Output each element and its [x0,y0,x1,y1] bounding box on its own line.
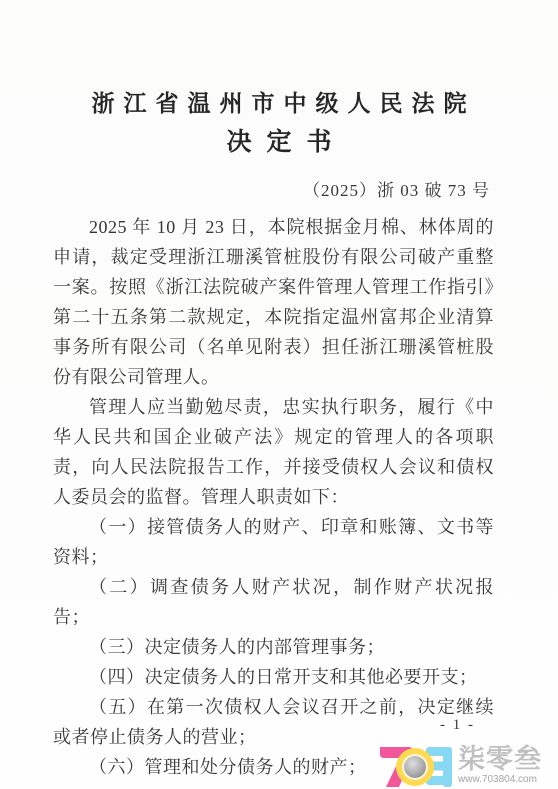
watermark-703804: 柒零叁 www.703804.com [376,742,542,789]
watermark-text-block: 柒零叁 www.703804.com [458,746,542,785]
document-header: 浙江省温州市中级人民法院 决定书 [0,88,558,160]
duty-item-4: （四）决定债务人的日常开支和其他必要开支； [53,662,494,692]
paragraph-administrator-duty-intro: 管理人应当勤勉尽责，忠实执行职务，履行《中华人民共和国企业破产法》规定的管理人的… [53,392,494,512]
watermark-site-name: 柒零叁 [458,746,542,773]
duty-item-1: （一）接管债务人的财产、印章和账簿、文书等资料； [53,512,494,572]
duty-item-2: （二）调查债务人财产状况，制作财产状况报告； [53,572,494,632]
document-type-title: 决定书 [0,125,558,160]
watermark-site-url: www.703804.com [458,775,542,785]
court-name-title: 浙江省温州市中级人民法院 [0,88,558,120]
site-703-logo-icon [376,742,454,789]
document-body: 2025 年 10 月 23 日，本院根据金月棉、林体周的申请，裁定受理浙江珊溪… [53,212,494,782]
paragraph-ruling: 2025 年 10 月 23 日，本院根据金月棉、林体周的申请，裁定受理浙江珊溪… [53,212,494,392]
document-page: 浙江省温州市中级人民法院 决定书 （2025）浙 03 破 73 号 2025 … [0,0,558,789]
duty-item-3: （三）决定债务人的内部管理事务； [53,632,494,662]
page-number: - 1 - [440,717,475,734]
case-number: （2025）浙 03 破 73 号 [0,180,558,202]
